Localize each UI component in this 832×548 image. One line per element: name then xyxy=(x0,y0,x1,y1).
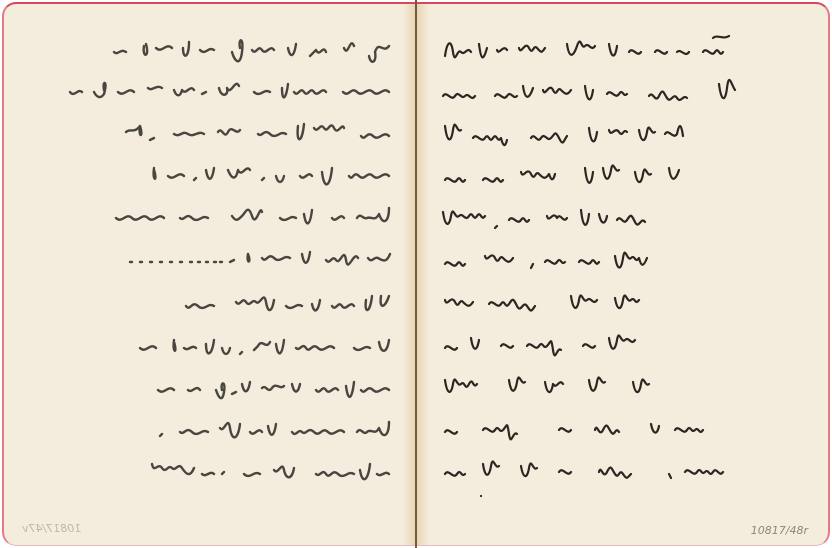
handwritten-line: der Gedächtnis nicht. ……… xyxy=(20,240,394,280)
handwritten-line: er ist wichtig durch im festhalt xyxy=(24,454,394,494)
left-page: Gott der Mensch kann helfen er werden vo… xyxy=(2,2,415,546)
handwritten-line: gleichgültig heute geist Klein Geh xyxy=(439,368,809,408)
handwritten-line: nicht klein Gehe der Ansichten; insofern xyxy=(439,452,809,492)
notebook-spread: Gott der Mensch kann helfen er werden vo… xyxy=(0,0,832,548)
handwritten-line: der Ansichten. Das gehört ja übrigens xyxy=(439,410,809,450)
catalog-number: 10817/47v xyxy=(22,522,81,535)
handwritten-line: Verhalten selbst festen wie einem xyxy=(34,198,394,238)
handwritten-line: ihn Menge Gesprochenes. Er xyxy=(44,114,394,154)
handwritten-line: unterdessen mich Nacht der Gestalt ist. xyxy=(439,74,809,114)
handwritten-line: werden voraussetzt, die muss auf xyxy=(44,72,394,112)
handwritten-line: Nicht ist durch Natur und ihre (über) xyxy=(439,32,799,72)
handwritten-line: glichen Ausbreitung, später deutsch xyxy=(439,284,809,324)
right-page: Nicht ist durch Natur und ihre (über) un… xyxy=(417,2,830,546)
handwritten-line: der alle Vorkrieg. es ist dort xyxy=(34,328,394,368)
catalog-number: 10817/48r xyxy=(751,524,808,537)
handwritten-line: der Ke. die Ansichten der Künstler xyxy=(439,326,809,366)
handwritten-line: erst einen Menschen ist viel schon xyxy=(439,158,809,198)
handwritten-line: bestritten, aber das ist ich. Einst xyxy=(439,200,809,240)
handwritten-line: Haltung bedeutenden Erbe mit. xyxy=(44,412,394,452)
handwritten-line: unwichtig das z. B. Gottes. Ihr xyxy=(44,156,394,196)
handwritten-line: Sie mag unsichtbar sein aber auch xyxy=(439,116,809,156)
handwritten-line: man Heimath, und andere Ursprün- xyxy=(439,242,809,282)
handwritten-line: Gott der Mensch kann helfen er xyxy=(64,32,394,72)
handwritten-line: Stifte ich auf nicht bedingen, xyxy=(54,286,394,326)
handwritten-line: Ähnlich gegen jetzt doch es wie xyxy=(24,370,394,410)
